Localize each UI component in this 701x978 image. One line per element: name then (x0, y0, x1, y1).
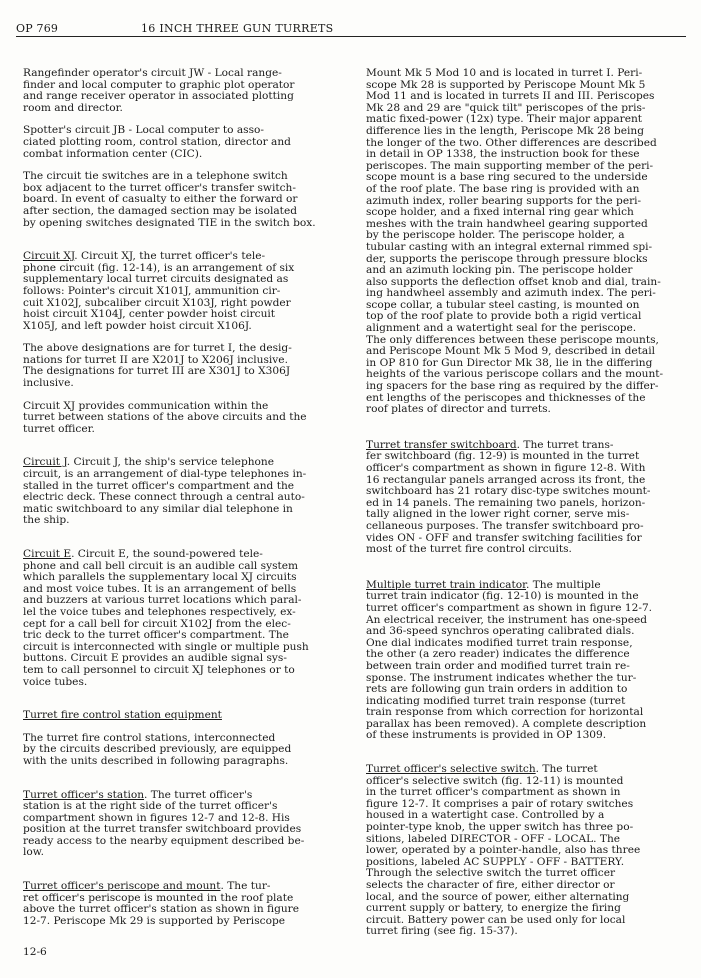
heading-selective-switch: Turret officer's selective switch (366, 763, 536, 775)
paragraph-periscope-mount-continued: Mount Mk 5 Mod 10 and is located in turr… (366, 68, 686, 416)
paragraph-selective-switch: Turret officer's selective switch. The t… (366, 764, 686, 938)
paragraph-designations: The above designations are for turret I,… (23, 343, 343, 389)
header-rule (16, 36, 686, 37)
page-title: 16 INCH THREE GUN TURRETS (141, 22, 334, 35)
paragraph-train-indicator: Multiple turret train indicator. The mul… (366, 580, 686, 742)
document-number: OP 769 (16, 22, 58, 35)
paragraph-transfer-switchboard: Turret transfer switchboard. The turret … (366, 440, 686, 556)
heading-transfer-switchboard: Turret transfer switchboard (366, 439, 517, 451)
heading-train-indicator: Multiple turret train indicator (366, 579, 526, 591)
paragraph-circuit-j: Circuit J. Circuit J, the ship's service… (23, 457, 343, 527)
section-heading-fire-control-equipment: Turret fire control station equipment (23, 710, 343, 722)
heading-circuit-xj: Circuit XJ (23, 250, 74, 262)
paragraph-rangefinder-circuit: Rangefinder operator's circuit JW - Loca… (23, 68, 343, 114)
heading-turret-officers-station: Turret officer's station (23, 789, 144, 801)
paragraph-circuit-e: Circuit E. Circuit E, the sound-powered … (23, 549, 343, 688)
heading-circuit-e: Circuit E (23, 548, 71, 560)
paragraph-fire-control-stations: The turret fire control stations, interc… (23, 733, 343, 768)
paragraph-turret-officers-station: Turret officer's station. The turret off… (23, 790, 343, 860)
paragraph-spotter-circuit: Spotter's circuit JB - Local computer to… (23, 125, 343, 160)
right-column: Mount Mk 5 Mod 10 and is located in turr… (366, 68, 686, 938)
heading-periscope-and-mount: Turret officer's periscope and mount (23, 880, 220, 892)
heading-circuit-j: Circuit J (23, 456, 67, 468)
paragraph-periscope-and-mount: Turret officer's periscope and mount. Th… (23, 881, 343, 927)
paragraph-circuit-tie-switches: The circuit tie switches are in a teleph… (23, 171, 343, 229)
paragraph-circuit-xj-communication: Circuit XJ provides communication within… (23, 401, 343, 436)
page-number: 12-6 (23, 946, 47, 958)
left-column: Rangefinder operator's circuit JW - Loca… (23, 68, 343, 927)
paragraph-circuit-xj: Circuit XJ. Circuit XJ, the turret offic… (23, 251, 343, 332)
